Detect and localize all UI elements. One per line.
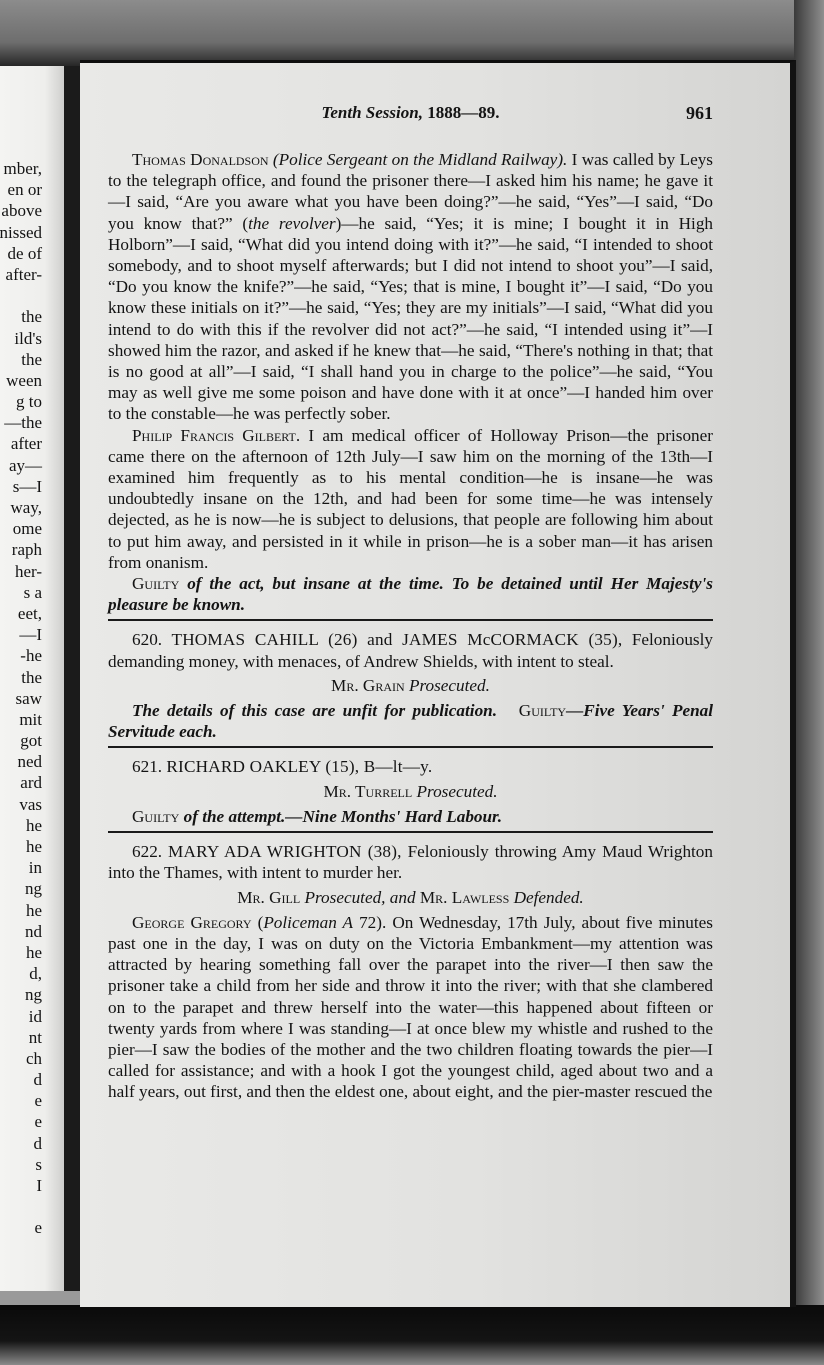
left-page-line: vas	[0, 794, 42, 815]
case-defendants: RICHARD OAKLEY (15), B—lt—y.	[166, 757, 432, 776]
left-page-line: her-	[0, 561, 42, 582]
section-divider	[108, 619, 713, 621]
left-page-line: ay—	[0, 455, 42, 476]
scan-background-bottom	[0, 1305, 824, 1365]
left-page-line: ng	[0, 984, 42, 1005]
testimony-gilbert: Philip Francis Gilbert. I am medical off…	[108, 425, 713, 573]
left-page-line: got	[0, 730, 42, 751]
prosecutor-name: Mr. Gill	[237, 888, 300, 907]
case-622-heading: 622. MARY ADA WRIGHTON (38), Feloniously…	[108, 841, 713, 883]
left-page-line: way,	[0, 497, 42, 518]
case-621-verdict: Guilty of the attempt.—Nine Months' Hard…	[108, 806, 713, 827]
left-page-line: ch	[0, 1048, 42, 1069]
verdict: Guilty of the act, but insane at the tim…	[108, 573, 713, 615]
left-page-line: he	[0, 900, 42, 921]
case-620-verdict: The details of this case are unfit for p…	[108, 700, 713, 742]
left-page-line: I	[0, 1175, 42, 1196]
testimony-text: On Wednesday, 17th July, about five minu…	[108, 913, 713, 1102]
defender-role: Defended.	[509, 888, 583, 907]
left-page-line: d,	[0, 963, 42, 984]
left-page-line: the	[0, 667, 42, 688]
testimony-donaldson: Thomas Donaldson (Police Sergeant on the…	[108, 149, 713, 425]
book-spine	[64, 66, 80, 1291]
left-page-line: —I	[0, 624, 42, 645]
verdict-sentence: of the attempt.—Nine Months' Hard Labour…	[179, 807, 502, 826]
witness-name: George Gregory	[132, 913, 252, 932]
left-page-line: -he	[0, 645, 42, 666]
section-divider	[108, 746, 713, 748]
left-page-line: e	[0, 1111, 42, 1132]
testimony-aside: the revolver	[248, 214, 335, 233]
left-page-line: ng	[0, 878, 42, 899]
left-page-line: eet,	[0, 603, 42, 624]
session-title-text: Tenth Session,	[322, 103, 423, 122]
case-620-counsel: Mr. Grain Prosecuted.	[108, 675, 713, 696]
left-page-line: saw	[0, 688, 42, 709]
left-page-line: he	[0, 942, 42, 963]
case-number: 622.	[132, 842, 162, 861]
left-page-line: d	[0, 1069, 42, 1090]
left-page-line: de of	[0, 243, 42, 264]
case-number: 621.	[132, 757, 162, 776]
left-page-line: s—I	[0, 476, 42, 497]
left-page-line: after	[0, 433, 42, 454]
left-page-line: he	[0, 815, 42, 836]
witness-name: Thomas Donaldson	[132, 150, 269, 169]
left-page-line: nt	[0, 1027, 42, 1048]
left-page-line: the	[0, 349, 42, 370]
left-page-line: raph	[0, 539, 42, 560]
case-defendants: THOMAS CAHILL (26) and JAMES McCORMACK (…	[172, 630, 623, 649]
scan-background-right	[794, 0, 824, 1365]
document-page: Tenth Session, 1888—89. 961 Thomas Donal…	[80, 60, 796, 1307]
counsel-name: Mr. Turrell	[323, 782, 412, 801]
left-page-line: above	[0, 200, 42, 221]
left-page-line: s	[0, 1154, 42, 1175]
session-years: 1888—89.	[427, 103, 499, 122]
witness-name: Philip Francis Gilbert.	[132, 426, 300, 445]
left-page-line	[0, 285, 42, 306]
left-page-line: he	[0, 836, 42, 857]
testimony-text-continued: )—he said, “Yes; it is mine; I bought it…	[108, 214, 713, 424]
left-page-line: ard	[0, 772, 42, 793]
counsel-name: Mr. Grain	[331, 676, 405, 695]
left-page-line: en or	[0, 179, 42, 200]
left-page-line: e	[0, 1217, 42, 1238]
verdict-guilty: Guilty	[519, 701, 566, 720]
page-number: 961	[686, 103, 713, 124]
witness-role-open: (	[252, 913, 264, 932]
testimony-gregory: George Gregory (Policeman A 72). On Wedn…	[108, 912, 713, 1103]
left-page-line: e	[0, 1090, 42, 1111]
left-page-line: nissed	[0, 222, 42, 243]
section-divider	[108, 831, 713, 833]
left-page-line: ned	[0, 751, 42, 772]
session-title: Tenth Session, 1888—89.	[108, 103, 713, 123]
prosecutor-role: Prosecuted, and	[300, 888, 420, 907]
verdict-guilty: Guilty	[132, 574, 179, 593]
case-note: The details of this case are unfit for p…	[132, 701, 497, 720]
left-page-line: ome	[0, 518, 42, 539]
case-defendants: MARY ADA WRIGHTON (38),	[168, 842, 402, 861]
left-page-line: —the	[0, 412, 42, 433]
left-page-line: g to	[0, 391, 42, 412]
left-page-text: mber,en orabovenissedde ofafter-theild's…	[0, 158, 42, 1239]
testimony-text: I am medical officer of Holloway Prison—…	[108, 426, 713, 572]
left-page-line: after-	[0, 264, 42, 285]
left-page-line: in	[0, 857, 42, 878]
witness-role-number: 72).	[353, 913, 386, 932]
left-page-line: d	[0, 1133, 42, 1154]
case-621-heading: 621. RICHARD OAKLEY (15), B—lt—y.	[108, 756, 713, 777]
left-page-fragment: mber,en orabovenissedde ofafter-theild's…	[0, 66, 64, 1291]
case-number: 620.	[132, 630, 162, 649]
left-page-line: id	[0, 1006, 42, 1027]
case-622-counsel: Mr. Gill Prosecuted, and Mr. Lawless Def…	[108, 887, 713, 908]
left-page-line: nd	[0, 921, 42, 942]
verdict-text: of the act, but insane at the time. To b…	[108, 574, 713, 614]
verdict-guilty: Guilty	[132, 807, 179, 826]
case-621-counsel: Mr. Turrell Prosecuted.	[108, 781, 713, 802]
page-content: Tenth Session, 1888—89. 961 Thomas Donal…	[108, 103, 713, 1103]
counsel-role: Prosecuted.	[412, 782, 497, 801]
witness-role: Policeman A	[263, 913, 353, 932]
running-head: Tenth Session, 1888—89. 961	[108, 103, 713, 129]
left-page-line: mber,	[0, 158, 42, 179]
left-page-line: ild's	[0, 328, 42, 349]
left-page-line: the	[0, 306, 42, 327]
case-620-heading: 620. THOMAS CAHILL (26) and JAMES McCORM…	[108, 629, 713, 671]
left-page-line	[0, 1196, 42, 1217]
witness-role: (Police Sergeant on the Midland Railway)…	[273, 150, 567, 169]
counsel-role: Prosecuted.	[405, 676, 490, 695]
defender-name: Mr. Lawless	[420, 888, 509, 907]
left-page-line: s a	[0, 582, 42, 603]
left-page-line: ween	[0, 370, 42, 391]
left-page-line: mit	[0, 709, 42, 730]
